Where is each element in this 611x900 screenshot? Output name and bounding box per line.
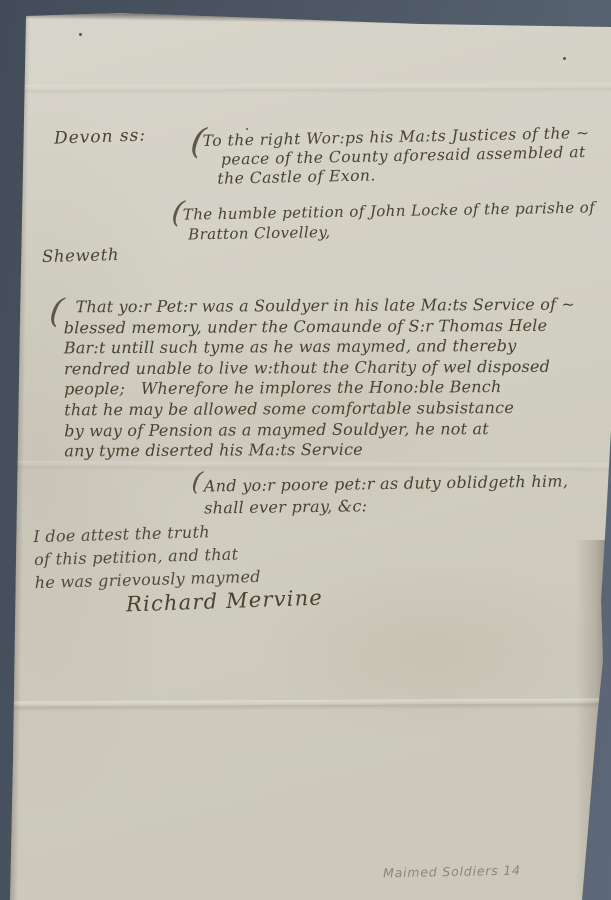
body-line: That yo:r Pet:r was a Souldyer in his la… bbox=[64, 295, 576, 318]
paper-top-edge-shadow bbox=[20, 12, 611, 27]
attestation-block: I doe attest the truth of this petition,… bbox=[33, 519, 261, 594]
archive-pencil-note: Maimed Soldiers 14 bbox=[383, 863, 521, 881]
body-line: blessed memory, under the Comaunde of S:… bbox=[64, 315, 576, 338]
closing-prayer: And yo:r poore pet:r as duty oblidgeth h… bbox=[204, 470, 569, 519]
petition-title-block: The humble petition of John Locke of the… bbox=[183, 198, 596, 244]
body-line: by way of Pension as a maymed Souldyer, … bbox=[64, 418, 576, 441]
paragraph-flourish: ( bbox=[190, 468, 204, 495]
body-line: Bar:t untill such tyme as he was maymed,… bbox=[64, 336, 576, 359]
address-block: To the right Wor:ps his Ma:ts Justices o… bbox=[202, 124, 590, 189]
body-line: any tyme diserted his Ma:ts Service bbox=[64, 439, 576, 462]
closing-line: shall ever pray, &c: bbox=[204, 492, 569, 519]
body-line: rendred unable to live w:thout the Chari… bbox=[64, 356, 576, 379]
manuscript-paper-sheet: Devon ss: ( ( ( ( To the right Wor:ps hi… bbox=[0, 0, 611, 900]
photograph-of-petition: Devon ss: ( ( ( ( To the right Wor:ps hi… bbox=[0, 0, 611, 900]
body-line: that he may be allowed some comfortable … bbox=[64, 398, 576, 421]
petition-body: That yo:r Pet:r was a Souldyer in his la… bbox=[64, 295, 576, 462]
body-line: people; Wherefore he implores the Hono:b… bbox=[64, 377, 576, 400]
county-heading: Devon ss: bbox=[54, 125, 147, 148]
ink-speck bbox=[246, 128, 248, 130]
sheweth-word: Sheweth bbox=[42, 245, 120, 266]
paper-torn-right-edge bbox=[576, 540, 611, 900]
fold-crease-bottom bbox=[0, 698, 611, 711]
ink-speck bbox=[563, 57, 566, 60]
paper-left-edge-shadow bbox=[2, 13, 30, 900]
ink-speck bbox=[79, 33, 82, 36]
fold-crease-top bbox=[0, 83, 611, 95]
